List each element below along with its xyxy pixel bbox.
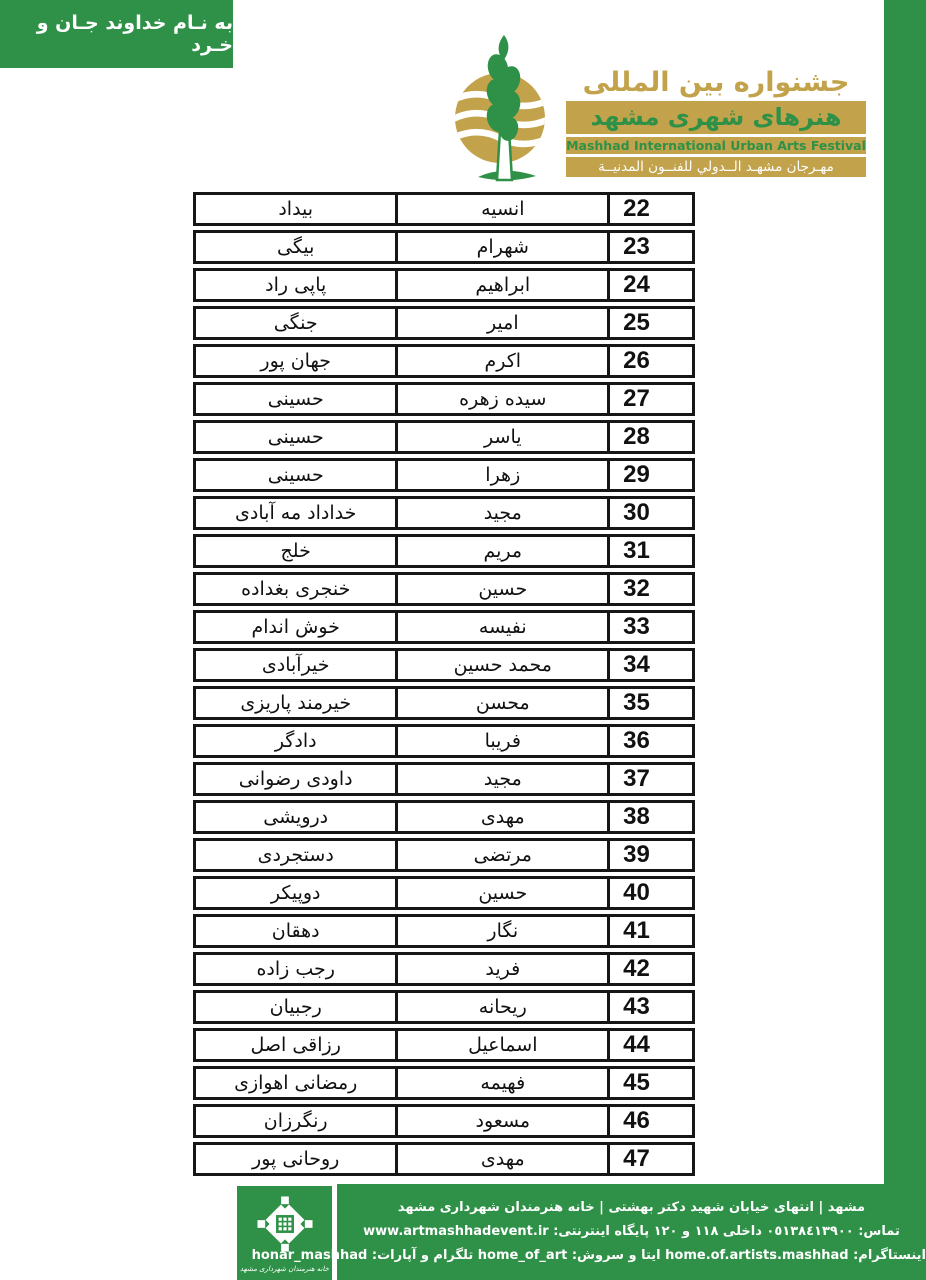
page: { "theme": { "green": "#2E9147", "gold":… [0, 0, 926, 1280]
first-name-cell: انسیه [395, 195, 610, 223]
table-row: دهقان نگار 41 [193, 914, 695, 948]
row-number-cell: 39 [610, 841, 692, 869]
last-name-cell: بیگی [196, 233, 395, 261]
table-row: خیرآبادی محمد حسین 34 [193, 648, 695, 682]
last-name-cell: درویشی [196, 803, 395, 831]
row-number-cell: 30 [610, 499, 692, 527]
footer-contact-line: تماس: ٠٥١٣٨٤١٣٩٠٠ داخلی ١١٨ و ١٢٠ پایگاه… [337, 1220, 926, 1244]
first-name-cell: یاسر [395, 423, 610, 451]
table-row: روحانی پور مهدی 47 [193, 1142, 695, 1176]
festival-subtitle-fa: هنرهای شهری مشهد [566, 101, 866, 134]
row-number-cell: 22 [610, 195, 692, 223]
festival-title-en: Mashhad International Urban Arts Festiva… [566, 137, 866, 154]
last-name-cell: حسینی [196, 461, 395, 489]
last-name-cell: جهان پور [196, 347, 395, 375]
festival-wordmark: جشنواره بین المللی هنرهای شهری مشهد Mash… [566, 66, 866, 177]
row-number-cell: 42 [610, 955, 692, 983]
first-name-cell: فهیمه [395, 1069, 610, 1097]
table-row: بیگی شهرام 23 [193, 230, 695, 264]
table-row: جهان پور اکرم 26 [193, 344, 695, 378]
table-row: رزاقی اصل اسماعیل 44 [193, 1028, 695, 1062]
row-number-cell: 26 [610, 347, 692, 375]
table-row: خنجری بغداده حسین 32 [193, 572, 695, 606]
table-row: خداداد مه آبادی مجید 30 [193, 496, 695, 530]
last-name-cell: جنگی [196, 309, 395, 337]
last-name-cell: بیداد [196, 195, 395, 223]
table-row: حسینی یاسر 28 [193, 420, 695, 454]
first-name-cell: شهرام [395, 233, 610, 261]
first-name-cell: نگار [395, 917, 610, 945]
row-number-cell: 35 [610, 689, 692, 717]
first-name-cell: محمد حسین [395, 651, 610, 679]
first-name-cell: امیر [395, 309, 610, 337]
table-row: بیداد انسیه 22 [193, 192, 695, 226]
bismillah-banner: به نـام خداوند جـان و خـرد [0, 0, 233, 68]
row-number-cell: 24 [610, 271, 692, 299]
first-name-cell: مهدی [395, 1145, 610, 1173]
last-name-cell: دهقان [196, 917, 395, 945]
first-name-cell: فرید [395, 955, 610, 983]
first-name-cell: سیده زهره [395, 385, 610, 413]
footer-address-line: مشهد | انتهای خیابان شهید دکتر بهشتی | خ… [337, 1196, 926, 1220]
row-number-cell: 37 [610, 765, 692, 793]
last-name-cell: دستجردی [196, 841, 395, 869]
last-name-cell: رزاقی اصل [196, 1031, 395, 1059]
row-number-cell: 31 [610, 537, 692, 565]
last-name-cell: خیرمند پاریزی [196, 689, 395, 717]
row-number-cell: 38 [610, 803, 692, 831]
row-number-cell: 32 [610, 575, 692, 603]
row-number-cell: 23 [610, 233, 692, 261]
table-row: دستجردی مرتضی 39 [193, 838, 695, 872]
row-number-cell: 46 [610, 1107, 692, 1135]
first-name-cell: ابراهیم [395, 271, 610, 299]
table-row: درویشی مهدی 38 [193, 800, 695, 834]
last-name-cell: دادگر [196, 727, 395, 755]
table-row: خیرمند پاریزی محسن 35 [193, 686, 695, 720]
row-number-cell: 36 [610, 727, 692, 755]
last-name-cell: خداداد مه آبادی [196, 499, 395, 527]
festival-title-ar: مهـرجان مشهـد الــدولي للفنــون المدنيــ… [566, 157, 866, 177]
footer-contact-bar: مشهد | انتهای خیابان شهید دکتر بهشتی | خ… [337, 1184, 926, 1280]
first-name-cell: محسن [395, 689, 610, 717]
row-number-cell: 40 [610, 879, 692, 907]
row-number-cell: 33 [610, 613, 692, 641]
table-row: رجبیان ریحانه 43 [193, 990, 695, 1024]
first-name-cell: ریحانه [395, 993, 610, 1021]
right-edge-strip [884, 0, 926, 1280]
last-name-cell: حسینی [196, 423, 395, 451]
first-name-cell: زهرا [395, 461, 610, 489]
festival-title-fa: جشنواره بین المللی [566, 66, 866, 100]
last-name-cell: پاپی راد [196, 271, 395, 299]
first-name-cell: فریبا [395, 727, 610, 755]
first-name-cell: مهدی [395, 803, 610, 831]
first-name-cell: حسین [395, 575, 610, 603]
last-name-cell: خیرآبادی [196, 651, 395, 679]
row-number-cell: 43 [610, 993, 692, 1021]
row-number-cell: 25 [610, 309, 692, 337]
table-row: جنگی امیر 25 [193, 306, 695, 340]
first-name-cell: اسماعیل [395, 1031, 610, 1059]
row-number-cell: 44 [610, 1031, 692, 1059]
row-number-cell: 34 [610, 651, 692, 679]
row-number-cell: 27 [610, 385, 692, 413]
row-number-cell: 41 [610, 917, 692, 945]
table-row: دوپیکر حسین 40 [193, 876, 695, 910]
row-number-cell: 45 [610, 1069, 692, 1097]
festival-logo-icon [448, 34, 560, 186]
table-row: خلج مریم 31 [193, 534, 695, 568]
last-name-cell: رجبیان [196, 993, 395, 1021]
last-name-cell: روحانی پور [196, 1145, 395, 1173]
first-name-cell: مرتضی [395, 841, 610, 869]
last-name-cell: رجب زاده [196, 955, 395, 983]
table-row: داودی رضوانی مجید 37 [193, 762, 695, 796]
last-name-cell: حسینی [196, 385, 395, 413]
last-name-cell: خوش اندام [196, 613, 395, 641]
table-row: رجب زاده فرید 42 [193, 952, 695, 986]
first-name-cell: اکرم [395, 347, 610, 375]
last-name-cell: خلج [196, 537, 395, 565]
first-name-cell: مریم [395, 537, 610, 565]
table-row: رمضانی اهوازی فهیمه 45 [193, 1066, 695, 1100]
last-name-cell: داودی رضوانی [196, 765, 395, 793]
row-number-cell: 29 [610, 461, 692, 489]
first-name-cell: مجید [395, 499, 610, 527]
last-name-cell: دوپیکر [196, 879, 395, 907]
table-row: رنگرزان مسعود 46 [193, 1104, 695, 1138]
footer-social-line: اینستاگرام: home.of.artists.mashhad ایتا… [337, 1244, 926, 1268]
first-name-cell: حسین [395, 879, 610, 907]
first-name-cell: مجید [395, 765, 610, 793]
first-name-cell: نفیسه [395, 613, 610, 641]
table-row: دادگر فریبا 36 [193, 724, 695, 758]
table-row: حسینی سیده زهره 27 [193, 382, 695, 416]
last-name-cell: رنگرزان [196, 1107, 395, 1135]
last-name-cell: خنجری بغداده [196, 575, 395, 603]
table-row: خوش اندام نفیسه 33 [193, 610, 695, 644]
row-number-cell: 47 [610, 1145, 692, 1173]
last-name-cell: رمضانی اهوازی [196, 1069, 395, 1097]
table-row: حسینی زهرا 29 [193, 458, 695, 492]
row-number-cell: 28 [610, 423, 692, 451]
participants-table: بیداد انسیه 22 بیگی شهرام 23 پاپی راد اب… [193, 192, 695, 1180]
first-name-cell: مسعود [395, 1107, 610, 1135]
table-row: پاپی راد ابراهیم 24 [193, 268, 695, 302]
